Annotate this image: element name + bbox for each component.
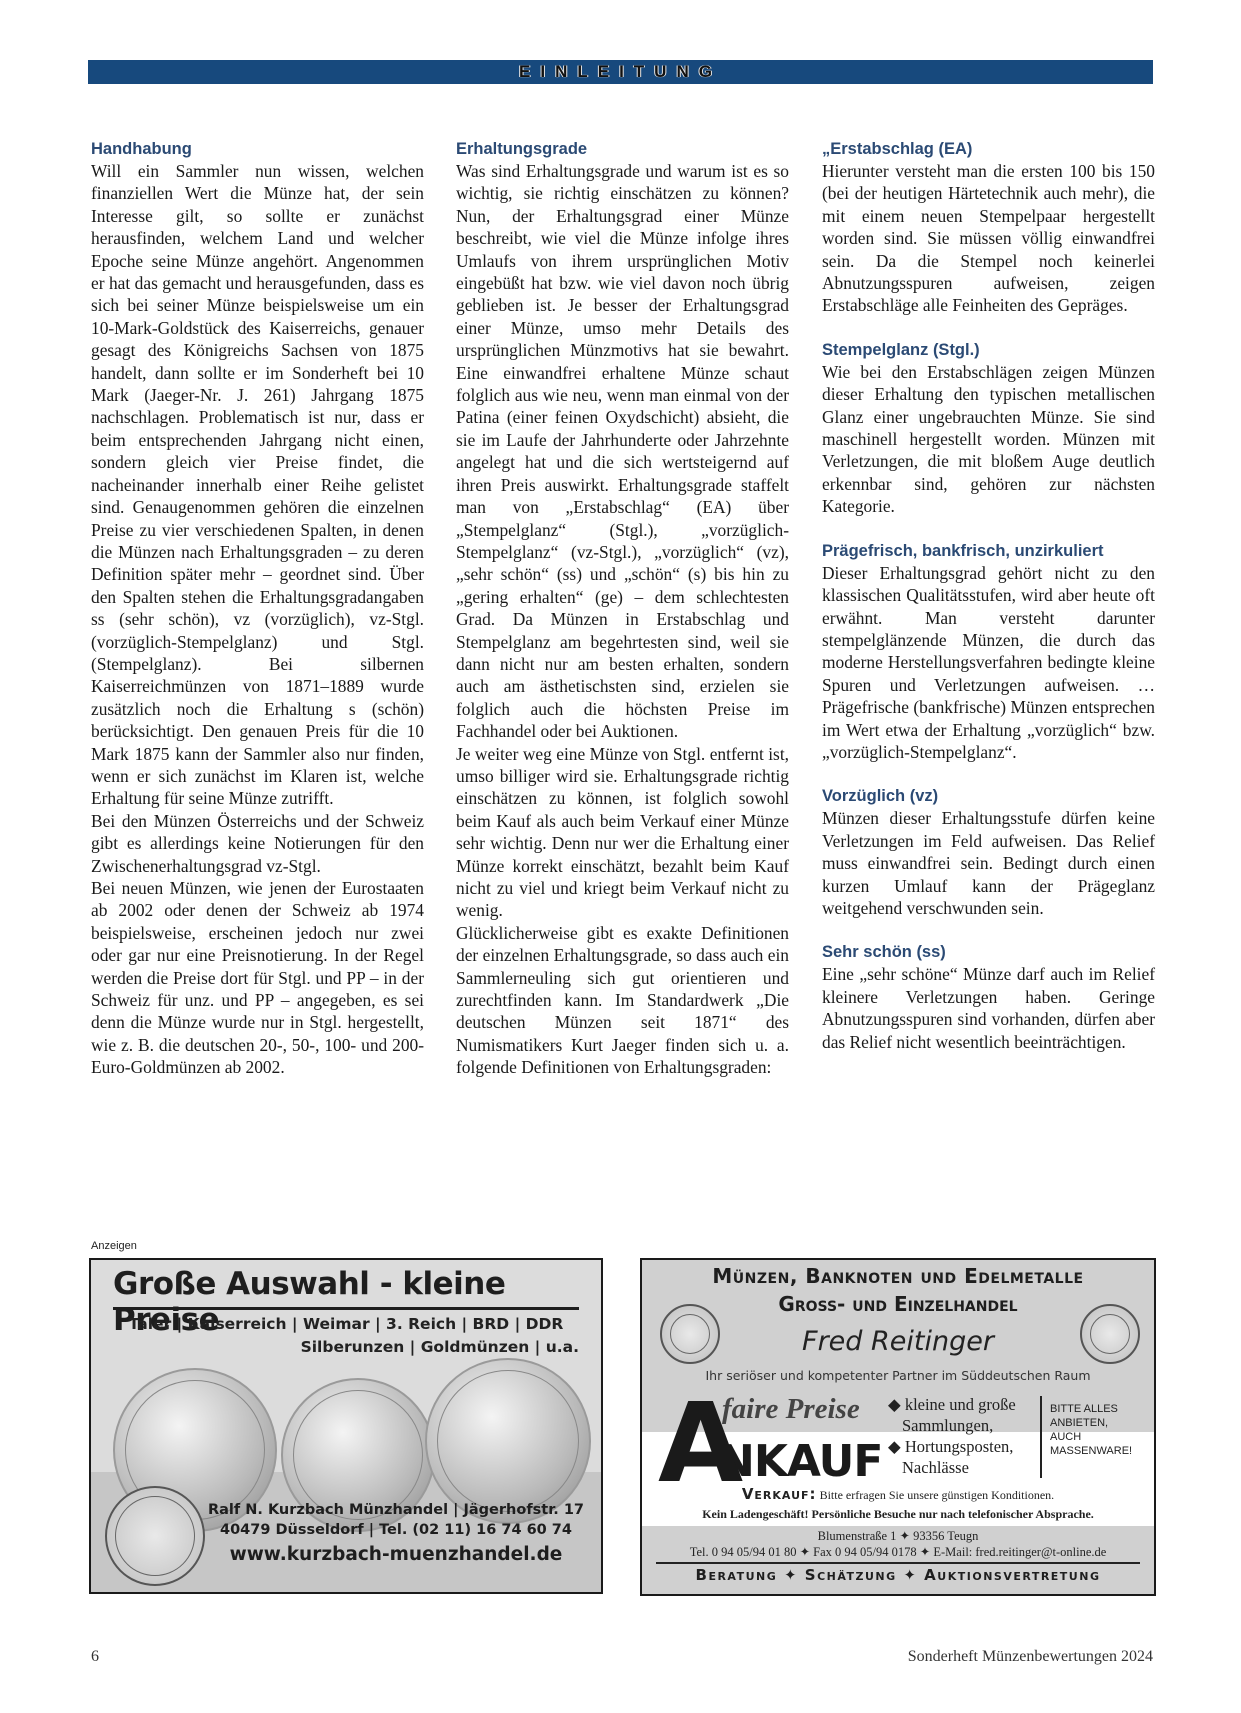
paragraph: Hierunter versteht man die ersten 100 bi…: [822, 160, 1155, 317]
kurzbach-seal-icon: [105, 1486, 205, 1586]
ad-services: Beratung ✦ Schätzung ✦ Auktionsvertretun…: [642, 1566, 1154, 1584]
paragraph: Bei den Münzen Österreichs und der Schwe…: [91, 810, 424, 877]
note-line: BITTE ALLES: [1050, 1402, 1132, 1416]
bullet-item: ◆ Hortungsposten,: [888, 1436, 1016, 1457]
heading-erhaltungsgrade: Erhaltungsgrade: [456, 138, 789, 160]
divider: [113, 1307, 579, 1310]
heading-handhabung: Handhabung: [91, 138, 424, 160]
dealer-name: Fred Reitinger: [642, 1326, 1154, 1357]
ad-headline: Münzen, Banknoten und Edelmetalle: [642, 1264, 1154, 1288]
bitte-alles-note: BITTE ALLES ANBIETEN, AUCH MASSENWARE!: [1050, 1402, 1132, 1458]
paragraph: Will ein Sammler nun wissen, welchen fin…: [91, 160, 424, 810]
ad-website-link[interactable]: www.kurzbach-muenzhandel.de: [201, 1544, 591, 1565]
verkauf-label: Verkauf:: [742, 1485, 817, 1503]
note-line: AUCH: [1050, 1430, 1132, 1444]
reitinger-advertisement[interactable]: Münzen, Banknoten und Edelmetalle Gross-…: [640, 1258, 1156, 1596]
section-header-band: EINLEITUNG: [88, 60, 1153, 84]
article-column-3: „Erstabschlag (EA) Hierunter versteht ma…: [822, 138, 1155, 1053]
paragraph: Je weiter weg eine Münze von Stgl. entfe…: [456, 743, 789, 922]
heading-vorzueglich: Vorzüglich (vz): [822, 785, 1155, 807]
note-line: ANBIETEN,: [1050, 1416, 1132, 1430]
note-line: MASSENWARE!: [1050, 1444, 1132, 1458]
page-number: 6: [91, 1648, 99, 1666]
kein-laden-note: Kein Ladengeschäft! Persönliche Besuche …: [642, 1507, 1154, 1522]
ad-categories: Taler | Kaiserreich | Weimar | 3. Reich …: [113, 1315, 579, 1333]
article-column-2: Erhaltungsgrade Was sind Erhaltungsgrade…: [456, 138, 789, 1079]
divider: [656, 1562, 1140, 1564]
ankauf-text: NKAUF: [718, 1436, 882, 1487]
verkauf-line: Verkauf: Bitte erfragen Sie unsere günst…: [642, 1485, 1154, 1503]
heading-sehr-schoen: Sehr schön (ss): [822, 941, 1155, 963]
heading-praegefrisch: Prägefrisch, bankfrisch, unzirkuliert: [822, 540, 1155, 562]
verkauf-text: Bitte erfragen Sie unsere günstigen Kond…: [820, 1488, 1055, 1502]
paragraph: Bei neuen Münzen, wie jenen der Eurostaa…: [91, 877, 424, 1079]
paragraph: Was sind Erhaltungsgrade und warum ist e…: [456, 160, 789, 743]
faire-preise-text: faire Preise: [722, 1393, 860, 1426]
paragraph: Glücklicherweise gibt es exakte Definiti…: [456, 922, 789, 1079]
section-title: EINLEITUNG: [88, 62, 1153, 82]
paragraph: Münzen dieser Erhaltungsstufe dürfen kei…: [822, 807, 1155, 919]
divider: [1040, 1396, 1042, 1478]
kurzbach-advertisement[interactable]: Große Auswahl - kleine Preise Taler | Ka…: [89, 1258, 603, 1594]
paragraph: Wie bei den Erstabschlägen zeigen Münzen…: [822, 361, 1155, 518]
ad-subheadline: Gross- und Einzelhandel: [642, 1292, 1154, 1316]
ad-contact[interactable]: Tel. 0 94 05/94 01 80 ✦ Fax 0 94 05/94 0…: [642, 1544, 1154, 1560]
address-line: 40479 Düsseldorf | Tel. (02 11) 16 74 60…: [201, 1520, 591, 1540]
paragraph: Dieser Erhaltungsgrad gehört nicht zu de…: [822, 562, 1155, 764]
ad-categories: Silberunzen | Goldmünzen | u.a.: [301, 1338, 579, 1356]
address-line: Ralf N. Kurzbach Münzhandel | Jägerhofst…: [201, 1500, 591, 1520]
paragraph: Eine „sehr schöne“ Münze darf auch im Re…: [822, 963, 1155, 1053]
bullet-item: Nachlässe: [888, 1457, 1016, 1478]
ankauf-bullets: ◆ kleine und große Sammlungen, ◆ Hortung…: [888, 1394, 1016, 1478]
heading-erstabschlag: „Erstabschlag (EA): [822, 138, 1155, 160]
ad-address: Ralf N. Kurzbach Münzhandel | Jägerhofst…: [201, 1500, 591, 1540]
article-column-1: Handhabung Will ein Sammler nun wissen, …: [91, 138, 424, 1079]
publication-title: Sonderheft Münzenbewertungen 2024: [908, 1648, 1153, 1666]
ads-label: Anzeigen: [91, 1240, 137, 1252]
heading-stempelglanz: Stempelglanz (Stgl.): [822, 339, 1155, 361]
bullet-item: Sammlungen,: [888, 1415, 1016, 1436]
ad-street: Blumenstraße 1 ✦ 93356 Teugn: [642, 1528, 1154, 1544]
bullet-item: ◆ kleine und große: [888, 1394, 1016, 1415]
